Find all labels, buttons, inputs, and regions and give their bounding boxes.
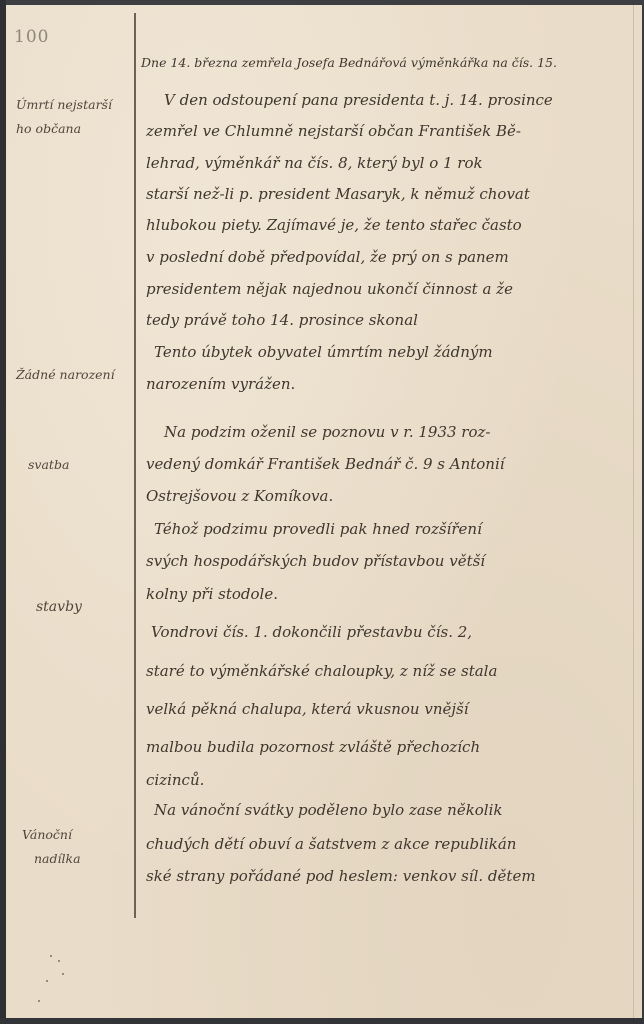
margin-note-death: Úmrtí nejstarší ho občana xyxy=(16,93,128,141)
page-number: 100 xyxy=(14,27,49,47)
text-line: staré to výměnkářské chaloupky, z níž se… xyxy=(146,662,497,680)
text-line: velká pěkná chalupa, která vkusnou vnějš… xyxy=(146,700,469,718)
text-line: vedený domkář František Bednář č. 9 s An… xyxy=(146,455,505,473)
paper-speck xyxy=(38,1000,40,1002)
margin-note-line: Žádné narození xyxy=(16,363,128,387)
text-line: v poslední době předpovídal, že prý on s… xyxy=(146,248,509,266)
page-edge-crease xyxy=(633,5,634,1018)
text-line: Téhož podzimu provedli pak hned rozšířen… xyxy=(154,520,482,538)
margin-note-buildings: stavby xyxy=(36,595,148,619)
entry-header-line: Dne 14. března zemřela Josefa Bednářová … xyxy=(141,55,557,70)
text-line: kolny při stodole. xyxy=(146,585,278,603)
text-line: Na podzim oženil se poznovu v r. 1933 ro… xyxy=(164,423,490,441)
text-line: V den odstoupení pana presidenta t. j. 1… xyxy=(164,91,553,109)
text-line: tedy právě toho 14. prosince skonal xyxy=(146,311,418,329)
margin-note-wedding: svatba xyxy=(28,453,140,477)
paper-speck xyxy=(50,955,52,957)
paper-speck xyxy=(58,960,60,962)
text-line: lehrad, výměnkář na čís. 8, který byl o … xyxy=(146,154,483,172)
paper-speck xyxy=(62,973,64,975)
text-line: svých hospodářských budov přístavbou vět… xyxy=(146,552,485,570)
text-line: Vondrovi čís. 1. dokončili přestavbu čís… xyxy=(151,623,472,641)
text-line: Tento úbytek obyvatel úmrtím nebyl žádný… xyxy=(154,343,493,361)
text-line: presidentem nějak najednou ukončí činnos… xyxy=(146,280,513,298)
text-line: malbou budila pozornost zvláště přechozí… xyxy=(146,738,480,756)
text-line: cizinců. xyxy=(146,771,204,789)
margin-note-line: svatba xyxy=(28,453,140,477)
text-line: ské strany pořádané pod heslem: venkov s… xyxy=(146,867,536,885)
margin-note-line: Úmrtí nejstarší xyxy=(16,93,128,117)
chronicle-page: 100 Úmrtí nejstarší ho občana Žádné naro… xyxy=(6,5,642,1018)
margin-note-births: Žádné narození xyxy=(16,363,128,387)
text-line: narozením vyrážen. xyxy=(146,375,295,393)
margin-note-christmas: Vánoční nadílka xyxy=(22,823,134,871)
text-line: Na vánoční svátky poděleno bylo zase něk… xyxy=(154,801,503,819)
paper-speck xyxy=(46,980,48,982)
text-line: Ostrejšovou z Komíkova. xyxy=(146,487,333,505)
text-line: hlubokou piety. Zajímavé je, že tento st… xyxy=(146,216,522,234)
text-line: chudých dětí obuví a šatstvem z akce rep… xyxy=(146,835,516,853)
margin-note-line: Vánoční xyxy=(22,823,134,847)
margin-note-line: stavby xyxy=(36,595,148,619)
text-line: starší než-li p. president Masaryk, k ně… xyxy=(146,185,530,203)
text-line: zemřel ve Chlumně nejstarší občan Franti… xyxy=(146,122,521,140)
margin-note-line: ho občana xyxy=(16,117,128,141)
scan-border-bottom xyxy=(0,1018,644,1024)
margin-note-line: nadílka xyxy=(22,847,134,871)
